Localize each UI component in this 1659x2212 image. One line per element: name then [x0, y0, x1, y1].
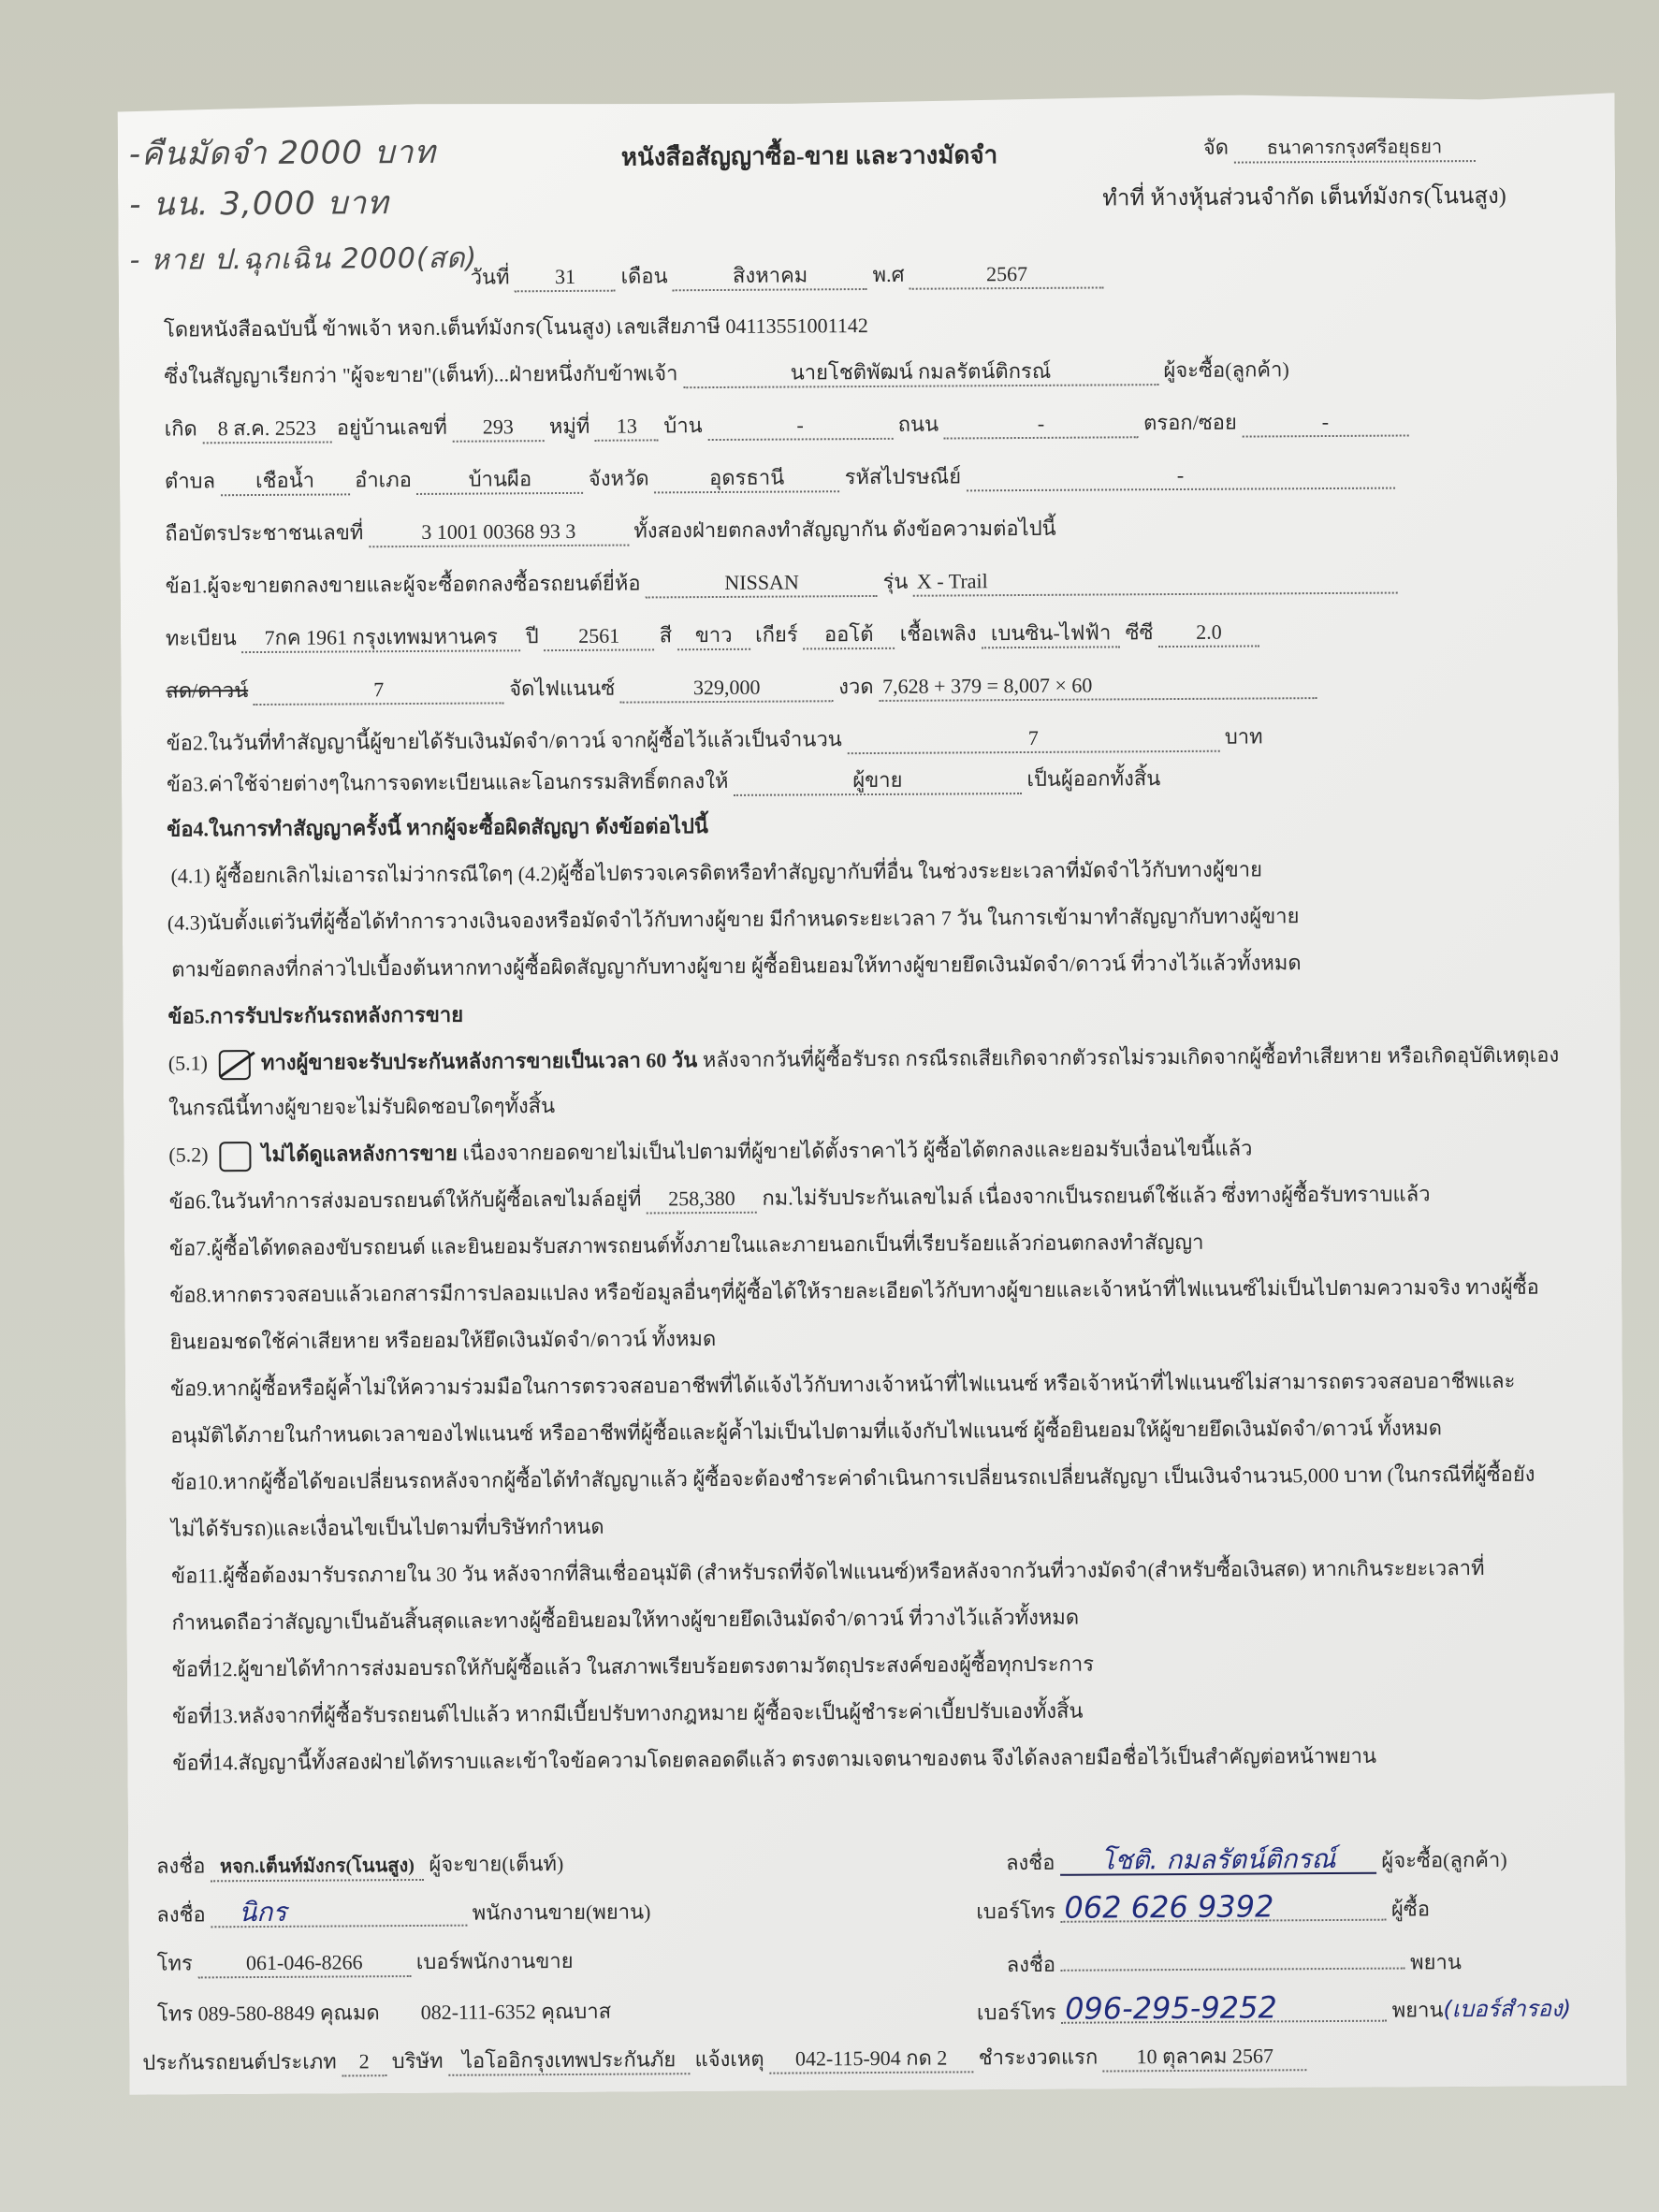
subdistrict-value: เชือน้ำ [220, 467, 349, 496]
postcode-label: รหัสไปรษณีย์ [845, 464, 962, 488]
id-label: ถือบัตรประชาชนเลขที่ [165, 520, 363, 545]
vehicle-fuel: เบนซิน-ไฟฟ้า [982, 619, 1120, 648]
day-label: วันที่ [471, 265, 510, 288]
no-warranty-checkbox[interactable] [219, 1142, 251, 1171]
clause-12: ข้อที่12.ผู้ขายได้ทำการส่งมอบรถให้กับผู้… [172, 1652, 1094, 1683]
clause-10: ข้อ10.หากผู้ซื้อได้ขอเปลี่ยนรถหลังจากผู้… [170, 1462, 1535, 1496]
sign-label: ลงชื่อ [1006, 1851, 1055, 1874]
vehicle-brand: NISSAN [646, 569, 878, 599]
buyer-row: ซึ่งในสัญญาเรียกว่า "ผู้จะขาย"(เต็นท์)..… [164, 357, 1289, 391]
house-value: 293 [452, 414, 544, 443]
road-value: - [943, 410, 1138, 439]
finance-bank: ธนาคารกรุงศรีอยุธยา [1233, 134, 1475, 164]
color-label: สี [660, 623, 673, 647]
born-label: เกิด [165, 416, 197, 440]
witness-signature-row: ลงชื่อ พยาน [1007, 1943, 1462, 1978]
clause-11b: กำหนดถือว่าสัญญาเป็นอันสิ้นสุดและทางผู้ซ… [171, 1605, 1079, 1637]
reg-label: ทะเบียน [166, 626, 237, 649]
gear-label: เกียร์ [755, 622, 798, 646]
moo-value: 13 [595, 413, 659, 441]
village-label: บ้าน [663, 414, 703, 437]
salesperson-role: พนักงานขาย(พยาน) [473, 1899, 651, 1924]
house-label: อยู่บ้านเลขที่ [337, 415, 447, 440]
made-at: ทำที่ ห้างหุ้นส่วนจำกัด เต็นท์มังกร(โนนส… [1102, 183, 1506, 212]
claim-label: แจ้งเหตุ [694, 2047, 764, 2071]
contract-paper: -คืนมัดจำ 2000 บาท - นน. 3,000 บาท - หาย… [118, 93, 1627, 2095]
installment-value: 7,628 + 379 = 8,007 × 60 [879, 671, 1317, 702]
clause-13: ข้อที่13.หลังจากที่ผู้ซื้อรับรถยนต์ไปแล้… [172, 1698, 1084, 1730]
other-phones: โทร 089-580-8849 คุณมด 082-111-6352 คุณบ… [157, 1999, 611, 2028]
cc-label: ซีซี [1126, 620, 1154, 644]
clause-14: ข้อที่14.สัญญานี้ทั้งสองฝ่ายได้ทราบและเข… [172, 1743, 1376, 1777]
seller-name: หจก.เต็นท์มังกร(โนนสูง) [211, 1853, 424, 1882]
date-row: วันที่ 31 เดือน สิงหาคม พ.ศ 2567 [471, 260, 1105, 292]
sign-label: ลงชื่อ [1007, 1953, 1056, 1976]
phone-label: โทร [157, 1951, 193, 1974]
salesperson-phone: 061-046-8266 [197, 1949, 411, 1978]
district-value: บ้านผือ [416, 466, 583, 495]
down-label: สด/ดาวน์ [166, 678, 248, 703]
vyear-label: ปี [526, 624, 539, 648]
witness-signature-blank [1060, 1943, 1404, 1972]
location-row: ตำบล เชือน้ำ อำเภอ บ้านผือ จังหวัด อุดรธ… [165, 461, 1395, 497]
clause-4-3: (4.3)นับตั้งแต่วันที่ผู้ซื้อได้ทำการวางเ… [167, 903, 1300, 936]
month-value: สิงหาคม [673, 262, 867, 291]
finance-label: จัด [1203, 136, 1229, 159]
buyer-phone-label: เบอร์โทร [976, 1899, 1055, 1924]
clause-5-1-text: หลังจากวันที่ผู้ซื้อรับรถ กรณีรถเสียเกิด… [697, 1043, 1559, 1072]
installment-label: งวด [838, 675, 874, 698]
clause-5-2-text: เนื่องจากยอดขายไม่เป็นไปตามที่ผู้ขายได้ต… [458, 1137, 1253, 1165]
moo-label: หมู่ที่ [549, 415, 590, 438]
clause-10b: ไม่ได้รับรถ)และเงื่อนไขเป็นไปตามที่บริษั… [171, 1514, 604, 1543]
buyer-phone-row: เบอร์โทร 062 626 9392 ผู้ซื้อ [976, 1892, 1430, 1925]
alley-value: - [1242, 408, 1408, 437]
clause-5-1: (5.1) ทางผู้ขายจะรับประกันหลังการขายเป็น… [168, 1042, 1560, 1081]
buyer-phone-role: ผู้ซื้อ [1391, 1897, 1430, 1920]
buyer-signature: โชติ. กมลรัตน์ติกรณ์ [1060, 1846, 1376, 1876]
buyer-phone: 062 626 9392 [1060, 1893, 1386, 1923]
clause-8: ข้อ8.หากตรวจสอบแล้วเอกสารมีการปลอมแปลง ห… [169, 1274, 1539, 1309]
clause-5-1-cont: ในกรณีนี้ทางผู้ขายจะไม่รับผิดชอบใดๆทั้งส… [168, 1093, 555, 1122]
witness-phone-row: เบอร์โทร 096-295-9252 พยาน(เบอร์สำรอง) [977, 1992, 1571, 2026]
vehicle-cc: 2.0 [1158, 618, 1259, 648]
intro-line: โดยหนังสือฉบับนี้ ข้าพเจ้า หจก.เต็นท์มัง… [164, 313, 868, 343]
clause-6-text: ข้อ6.ในวันทำการส่งมอบรถยนต์ให้กับผู้ซื้อ… [169, 1187, 642, 1214]
clause-9b: อนุมัติได้ภายในกำหนดเวลาของไฟแนนซ์ หรืออ… [170, 1415, 1442, 1448]
clause1-label: ข้อ1.ผู้จะขายตกลงขายและผู้จะซื้อตกลงซื้อ… [166, 572, 641, 598]
clause-5-1-label: (5.1) [168, 1051, 208, 1074]
insurance-type: 2 [342, 2048, 386, 2076]
first-payment-label: ชำระงวดแรก [979, 2045, 1099, 2070]
document-title: หนังสือสัญญาซื้อ-ขาย และวางมัดจำ [621, 136, 998, 176]
finance-amount: 329,000 [620, 674, 834, 703]
handwritten-note-1: -คืนมัดจำ 2000 บาท [129, 126, 436, 179]
clause-5-2-bold: ไม่ได้ดูแลหลังการขาย [261, 1142, 458, 1166]
clause-7: ข้อ7.ผู้ซื้อได้ทดลองขับรถยนต์ และยินยอมร… [169, 1230, 1204, 1262]
sign-label: ลงชื่อ [156, 1902, 206, 1926]
clause-3-party: ผู้ขาย [734, 766, 1022, 796]
insurance-type-label: ประกันรถยนต์ประเภท [142, 2050, 337, 2074]
id-row: ถือบัตรประชาชนเลขที่ 3 1001 00368 93 3 ท… [165, 516, 1056, 549]
subdistrict-label: ตำบล [165, 469, 215, 492]
witness-role: พยาน [1410, 1950, 1462, 1973]
company-label: บริษัท [392, 2049, 444, 2073]
vehicle-spec-row: ทะเบียน 7กค 1961 กรุงเทพมหานคร ปี 2561 ส… [166, 618, 1259, 653]
id-suffix: ทั้งสองฝ่ายตกลงทำสัญญากัน ดังข้อความต่อไ… [633, 517, 1056, 543]
seller-clause: ซึ่งในสัญญาเรียกว่า "ผู้จะขาย"(เต็นท์)..… [164, 361, 677, 387]
handwritten-note-2: - นน. 3,000 บาท [129, 177, 389, 229]
clause-6-suffix: กม.ไม่รับประกันเลขไมล์ เนื่องจากเป็นรถยน… [762, 1182, 1430, 1209]
clause-3-suffix: เป็นผู้ออกทั้งสิ้น [1026, 766, 1160, 791]
mileage-value: 258,380 [647, 1186, 757, 1215]
model-label: รุ่น [882, 570, 908, 593]
finance-row: จัด ธนาคารกรุงศรีอยุธยา [1203, 133, 1476, 164]
finance-amount-label: จัดไฟแนนซ์ [509, 677, 615, 701]
salesperson-phone-row: โทร 061-046-8266 เบอร์พนักงานขาย [157, 1948, 574, 1979]
salesperson-signature-row: ลงชื่อ นิกร พนักงานขาย(พยาน) [156, 1897, 650, 1928]
clause-2-text: ข้อ2.ในวันที่ทำสัญญานี้ผู้ขายได้รับเงินม… [167, 727, 842, 754]
clause-4-title: ข้อ4.ในการทำสัญญาครั้งนี้ หากผู้จะซื้อผิ… [167, 813, 708, 843]
witness-phone: 096-295-9252 [1061, 1994, 1387, 2024]
clause-8b: ยินยอมชดใช้ค่าเสียหาย หรือยอมให้ยึดเงินม… [170, 1326, 717, 1356]
postcode-value: - [966, 461, 1394, 492]
province-value: อุดรธานี [654, 464, 839, 493]
vehicle-model: X - Trail [913, 566, 1398, 597]
alley-label: ตรอก/ซอย [1143, 411, 1237, 435]
year-label: พ.ศ [873, 263, 905, 286]
first-payment-date: 10 ตุลาคม 2567 [1103, 2043, 1307, 2072]
clause-4-1: (4.1) ผู้ซื้อยกเลิกไม่เอารถไม่ว่ากรณีใดๆ… [170, 856, 1262, 889]
clause-5-2-label: (5.2) [168, 1142, 208, 1166]
clause-2-suffix: บาท [1225, 724, 1263, 748]
seller-signature-row: ลงชื่อ หจก.เต็นท์มังกร(โนนสูง) ผู้จะขาย(… [156, 1851, 563, 1883]
district-label: อำเภอ [355, 468, 412, 491]
vehicle-year: 2561 [544, 622, 654, 651]
witness-role: พยาน [1392, 1998, 1444, 2021]
clause-5-2: (5.2) ไม่ได้ดูแลหลังการขาย เนื่องจากยอดข… [168, 1136, 1252, 1172]
clause-11: ข้อ11.ผู้ซื้อต้องมารับรถภายใน 30 วัน หลั… [171, 1555, 1485, 1590]
warranty-60-days-checkbox[interactable] [218, 1050, 250, 1080]
witness-note: (เบอร์สำรอง) [1443, 1995, 1571, 2022]
year-value: 2567 [910, 260, 1104, 289]
vehicle-brand-row: ข้อ1.ผู้จะขายตกลงขายและผู้จะซื้อตกลงซื้อ… [166, 566, 1398, 602]
clause-3: ข้อ3.ค่าใช้จ่ายต่างๆในการจดทะเบียนและโอน… [167, 765, 1160, 799]
address-row: เกิด 8 ส.ค. 2523 อยู่บ้านเลขที่ 293 หมู่… [165, 408, 1409, 444]
insurance-row: ประกันรถยนต์ประเภท 2 บริษัท ไอโออิกรุงเท… [142, 2043, 1307, 2078]
clause-2: ข้อ2.ในวันที่ทำสัญญานี้ผู้ขายได้รับเงินม… [167, 723, 1263, 758]
payment-row: สด/ดาวน์ 7 จัดไฟแนนซ์ 329,000 งวด 7,628 … [166, 671, 1317, 706]
clause-5-1-bold: ทางผู้ขายจะรับประกันหลังการขายเป็นเวลา 6… [261, 1048, 697, 1074]
born-value: 8 ส.ค. 2523 [202, 415, 331, 444]
clause-6: ข้อ6.ในวันทำการส่งมอบรถยนต์ให้กับผู้ซื้อ… [169, 1181, 1431, 1216]
handwritten-note-3: - หาย ป.ฉุกเฉิน 2000(สด) [129, 237, 477, 283]
claim-phone: 042-115-904 กด 2 [769, 2045, 973, 2074]
deposit-amount: 7 [847, 724, 1219, 754]
witness-phone-label: เบอร์โทร [977, 2001, 1056, 2025]
salesperson-signature: นิกร [211, 1899, 467, 1928]
down-value: 7 [254, 676, 504, 706]
buyer-signature-row: ลงชื่อ โชติ. กมลรัตน์ติกรณ์ ผู้จะซื้อ(ลู… [1006, 1845, 1507, 1876]
vehicle-gear: ออโต้ [803, 621, 895, 650]
village-value: - [707, 412, 893, 441]
province-label: จังหวัด [589, 466, 649, 489]
vehicle-registration: 7กค 1961 กรุงเทพมหานคร [241, 623, 520, 653]
insurance-company: ไอโออิกรุงเทพประกันภัย [448, 2046, 690, 2076]
vehicle-color: ขาว [677, 622, 750, 650]
clause-9: ข้อ9.หากผู้ซื้อหรือผู้ค้ำไม่ให้ความร่วมม… [170, 1368, 1516, 1403]
month-label: เดือน [620, 264, 667, 287]
buyer-role: ผู้จะซื้อ(ลูกค้า) [1163, 357, 1288, 382]
id-number: 3 1001 00368 93 3 [369, 518, 629, 548]
sign-label: ลงชื่อ [156, 1854, 206, 1877]
salesperson-phone-note: เบอร์พนักงานขาย [416, 1949, 574, 1973]
clause-5-title: ข้อ5.การรับประกันรถหลังการขาย [167, 1002, 463, 1030]
buyer-name: นายโชติพัฒน์ กมลรัตน์ติกรณ์ [683, 357, 1158, 388]
buyer-sig-role: ผู้จะซื้อ(ลูกค้า) [1381, 1848, 1506, 1872]
seller-role: ผู้จะขาย(เต็นท์) [429, 1852, 563, 1876]
road-label: ถนน [898, 413, 939, 436]
clause-3-text: ข้อ3.ค่าใช้จ่ายต่างๆในการจดทะเบียนและโอน… [167, 769, 729, 796]
fuel-label: เชื้อเพลิง [900, 621, 977, 645]
clause-4-3b: ตามข้อตกลงที่กล่าวไปเบื้องต้นหากทางผู้ซื… [171, 950, 1302, 982]
day-value: 31 [515, 264, 616, 293]
